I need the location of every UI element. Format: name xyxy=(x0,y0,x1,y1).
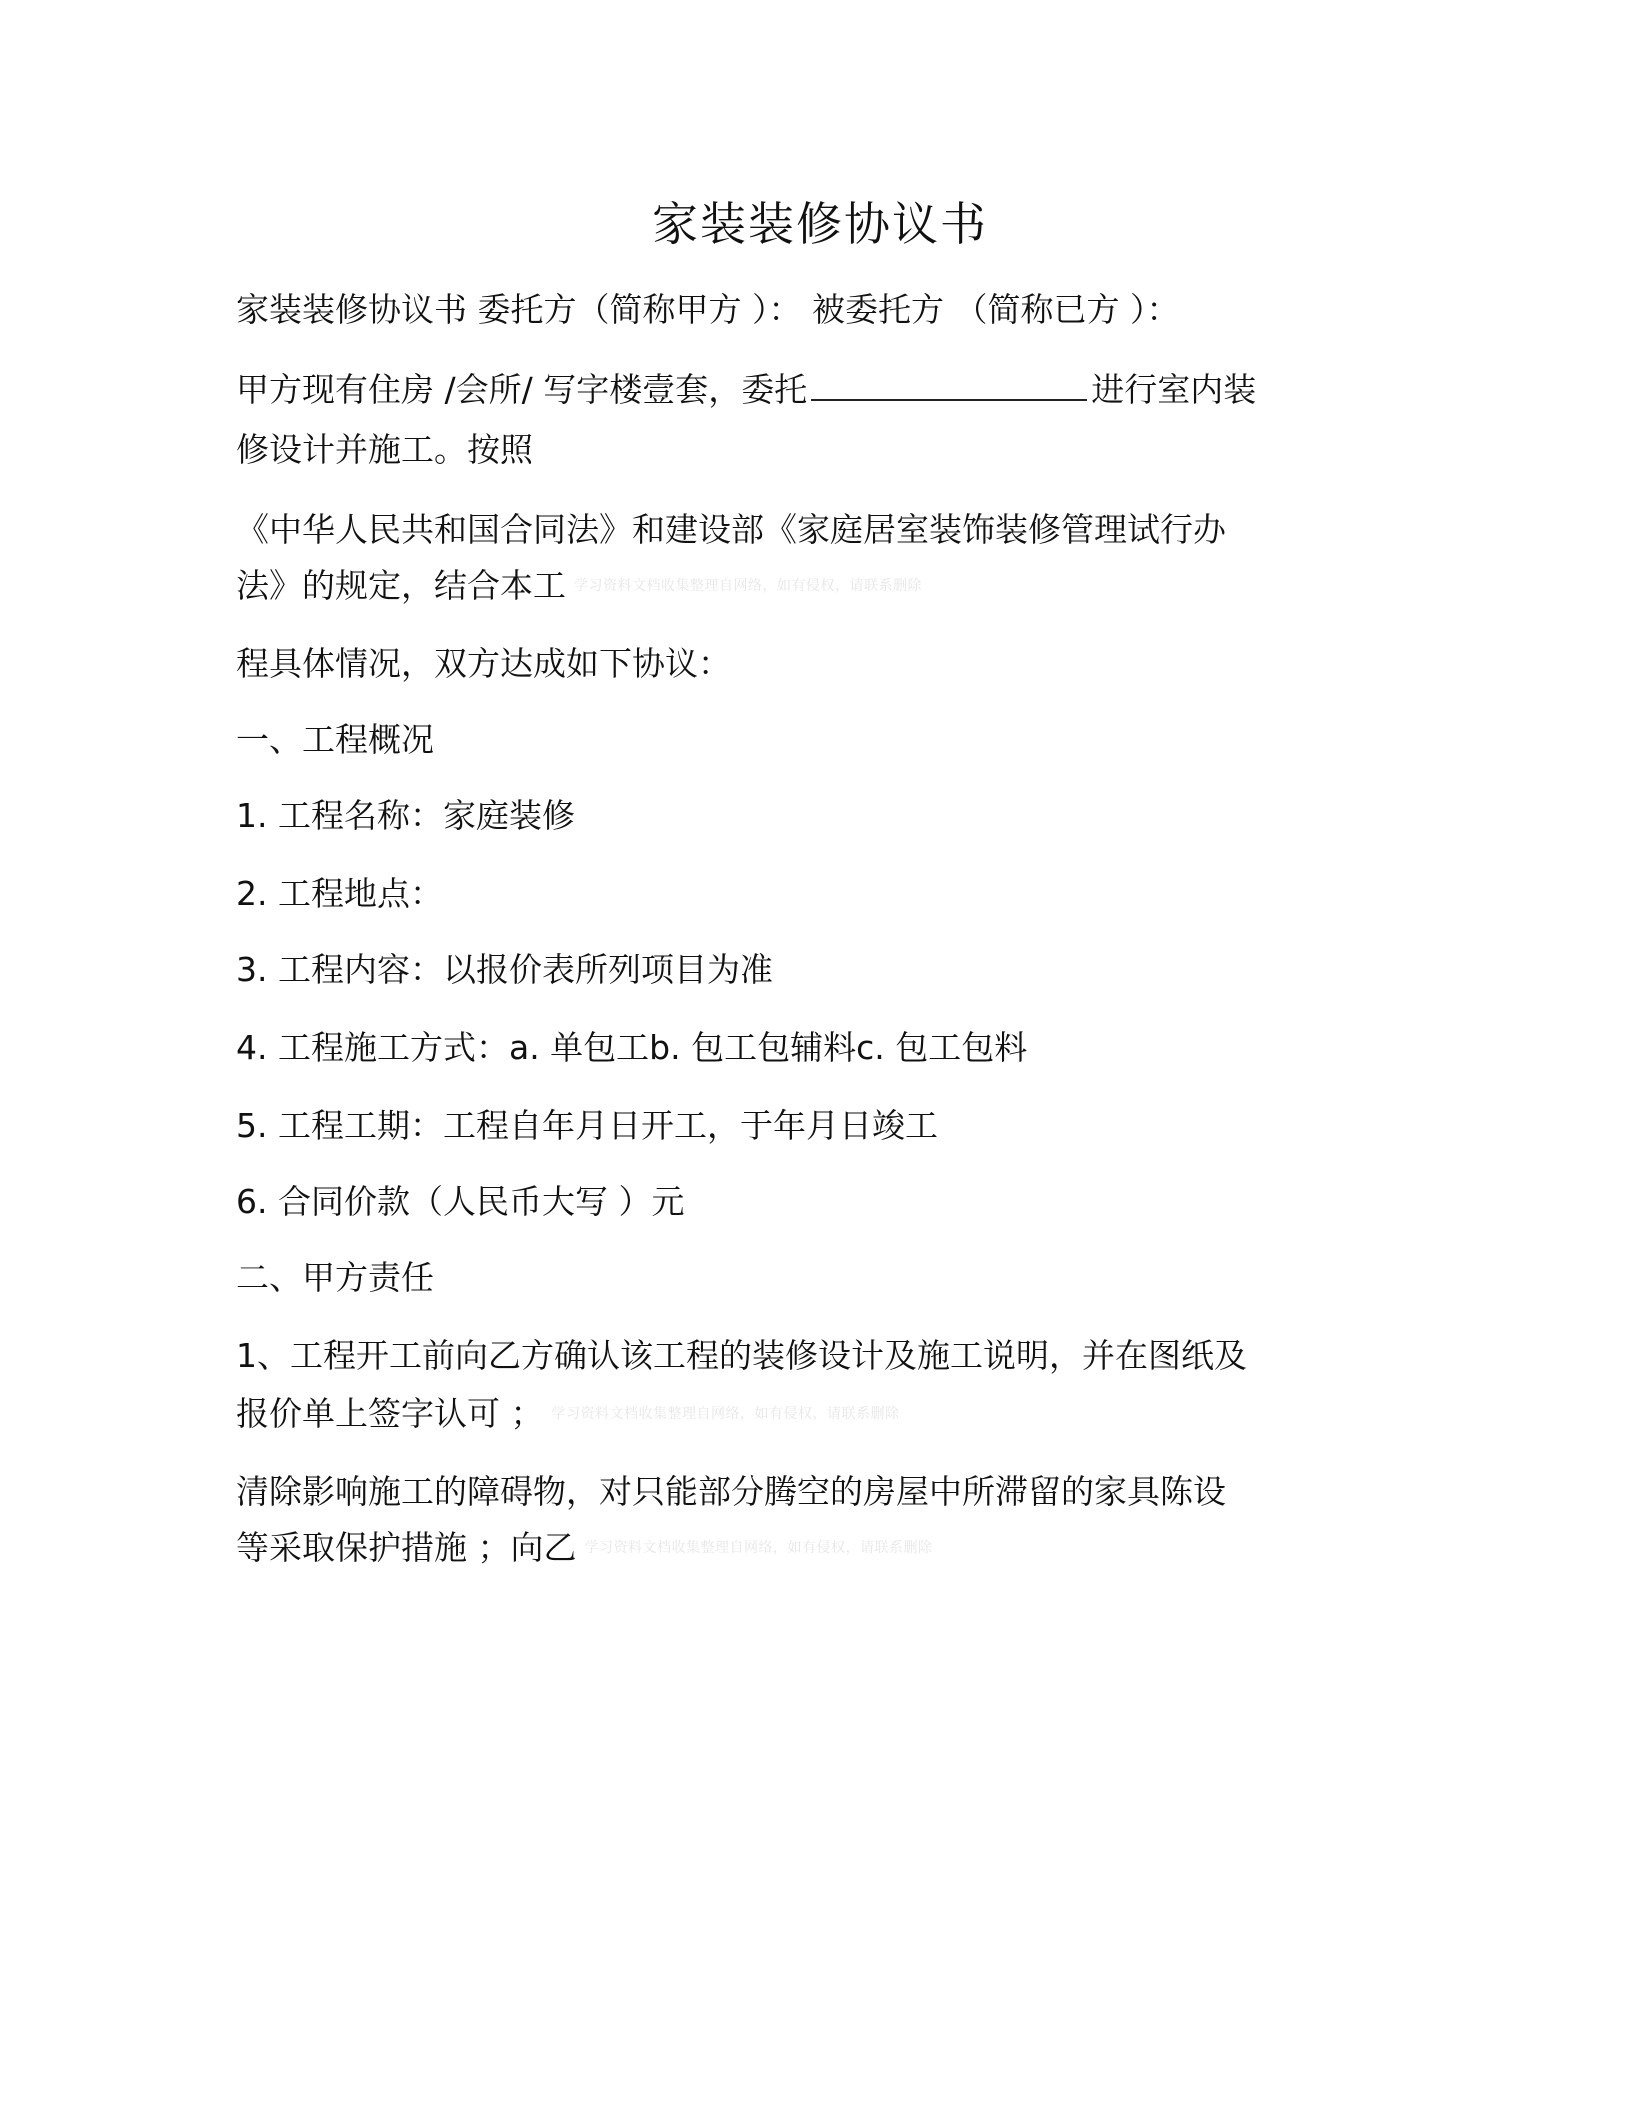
paragraph-line: 法》的规定，结合本工学习资料文档收集整理自网络，如有侵权，请联系删除 xyxy=(236,564,922,608)
contractor-blank xyxy=(811,369,1087,401)
paragraph-line: 《中华人民共和国合同法》和建设部《家庭居室装饰装修管理试行办 xyxy=(236,508,1226,552)
paragraph-text: 等采取保护措施 ；向乙 xyxy=(236,1528,577,1567)
entrust-text: 甲方现有住房 /会所/ 写字楼壹套，委托 xyxy=(236,370,807,409)
list-item: 6. 合同价款（人民币大写 ）元 xyxy=(236,1180,684,1224)
paragraph-text: 报价单上签字认可 ； xyxy=(236,1394,544,1433)
paragraph-line: 清除影响施工的障碍物，对只能部分腾空的房屋中所滞留的家具陈设 xyxy=(236,1470,1226,1514)
document-title: 家装装修协议书 xyxy=(0,196,1640,252)
watermark-text: 学习资料文档收集整理自网络，如有侵权，请联系删除 xyxy=(552,1392,900,1436)
paragraph-line: 等采取保护措施 ；向乙学习资料文档收集整理自网络，如有侵权，请联系删除 xyxy=(236,1526,933,1570)
paragraph-line: 程具体情况，双方达成如下协议： xyxy=(236,642,731,686)
list-item: 5. 工程工期：工程自年月日开工，于年月日竣工 xyxy=(236,1104,938,1148)
paragraph-line: 修设计并施工。按照 xyxy=(236,428,533,472)
section-heading-party-a: 二、甲方责任 xyxy=(236,1256,434,1300)
list-item: 1. 工程名称：家庭装修 xyxy=(236,794,575,838)
paragraph-line: 报价单上签字认可 ；学习资料文档收集整理自网络，如有侵权，请联系删除 xyxy=(236,1392,900,1436)
watermark-text: 学习资料文档收集整理自网络，如有侵权，请联系删除 xyxy=(574,564,922,608)
paragraph-text: 法》的规定，结合本工 xyxy=(236,566,566,605)
list-item: 3. 工程内容：以报价表所列项目为准 xyxy=(236,948,773,992)
entrust-text-end: 进行室内装 xyxy=(1091,370,1256,409)
parties-line: 家装装修协议书 委托方（简称甲方 ）： 被委托方 （简称已方 ）： xyxy=(236,288,1179,332)
entrust-line: 甲方现有住房 /会所/ 写字楼壹套，委托进行室内装 xyxy=(236,368,1256,412)
paragraph-line: 1、工程开工前向乙方确认该工程的装修设计及施工说明，并在图纸及 xyxy=(236,1334,1247,1378)
document-page: 家装装修协议书 家装装修协议书 委托方（简称甲方 ）： 被委托方 （简称已方 ）… xyxy=(0,0,1640,2124)
list-item: 4. 工程施工方式：a. 单包工b. 包工包辅料c. 包工包料 xyxy=(236,1026,1027,1070)
list-item: 2. 工程地点： xyxy=(236,872,443,916)
section-heading-overview: 一、工程概况 xyxy=(236,718,434,762)
watermark-text: 学习资料文档收集整理自网络，如有侵权，请联系删除 xyxy=(585,1526,933,1570)
